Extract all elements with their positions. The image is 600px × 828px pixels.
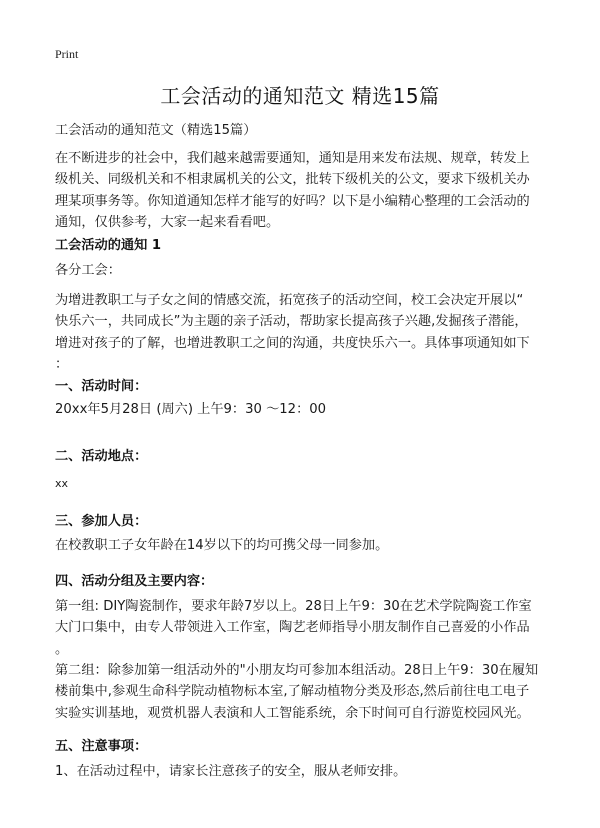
text-line: 第二组：除参加第一组活动外的"小朋友均可参加本组活动。28日上午9：30在履知 [55,660,550,681]
group-two-paragraph: 第二组：除参加第一组活动外的"小朋友均可参加本组活动。28日上午9：30在履知 … [55,660,550,724]
text-line: 大门口集中，由专人带领进入工作室，陶艺老师指导小朋友制作自己喜爱的小作品 [55,617,550,638]
text-line: 通知，仅供参考，大家一起来看看吧。 [55,212,550,233]
text-line: 实验实训基地，观赏机器人表演和人工智能系统，余下时间可自行游览校园风光。 [55,703,550,724]
document-subtitle: 工会活动的通知范文（精选15篇） [55,120,256,141]
activity-time-value: 20xx年5月28日 (周六) 上午9：30 ～12：00 [55,400,326,420]
text-line: 理某项事务等。你知道通知怎样才能写的好吗？以下是小编精心整理的工会活动的 [55,191,550,212]
group-one-paragraph: 第一组: DIY陶瓷制作，要求年龄7岁以上。28日上午9：30在艺术学院陶瓷工作… [55,596,550,660]
text-line: 第一组: DIY陶瓷制作，要求年龄7岁以上。28日上午9：30在艺术学院陶瓷工作… [55,596,550,617]
activity-location-value: xx [55,474,68,494]
participants-value: 在校教职工子女年龄在14岁以下的均可携父母一同参加。 [55,536,388,556]
item-heading-participants: 三、参加人员： [55,510,147,529]
text-line: 在不断进步的社会中，我们越来越需要通知，通知是用来发布法规、规章，转发上 [55,148,550,169]
item-heading-groups: 四、活动分组及主要内容： [55,570,213,589]
text-line: 级机关、同级机关和不相隶属机关的公文，批转下级机关的公文，要求下级机关办 [55,169,550,190]
text-line: 增进对孩子的了解，也增进教职工之间的沟通，共度快乐六一。具体事项通知如下 [55,333,550,354]
notes-item-1: 1、在活动过程中，请家长注意孩子的安全，服从老师安排。 [55,762,406,782]
text-line: 楼前集中,参观生命科学院动植物标本室,了解动植物分类及形态,然后前往电工电子 [55,681,550,702]
notice-body-paragraph: 为增进教职工与子女之间的情感交流，拓宽孩子的活动空间，校工会决定开展以“ 快乐六… [55,290,550,375]
item-heading-location: 二、活动地点： [55,445,147,464]
section-heading: 工会活动的通知 1 [55,234,161,253]
text-line: 为增进教职工与子女之间的情感交流，拓宽孩子的活动空间，校工会决定开展以“ [55,290,550,311]
item-heading-time: 一、活动时间： [55,375,147,394]
item-heading-notes: 五、注意事项： [55,735,147,754]
document-page: Print 工会活动的通知范文 精选15篇 工会活动的通知范文（精选15篇） 在… [0,0,600,828]
text-line: 快乐六一，共同成长”为主题的亲子活动，帮助家长提高孩子兴趣,发掘孩子潜能， [55,311,550,332]
intro-paragraph: 在不断进步的社会中，我们越来越需要通知，通知是用来发布法规、规章，转发上 级机关… [55,148,550,233]
text-line: 。 [55,639,550,660]
salutation: 各分工会： [55,261,121,281]
page-title: 工会活动的通知范文 精选15篇 [0,80,600,109]
text-line: ： [55,354,550,375]
print-label[interactable]: Print [55,47,78,62]
